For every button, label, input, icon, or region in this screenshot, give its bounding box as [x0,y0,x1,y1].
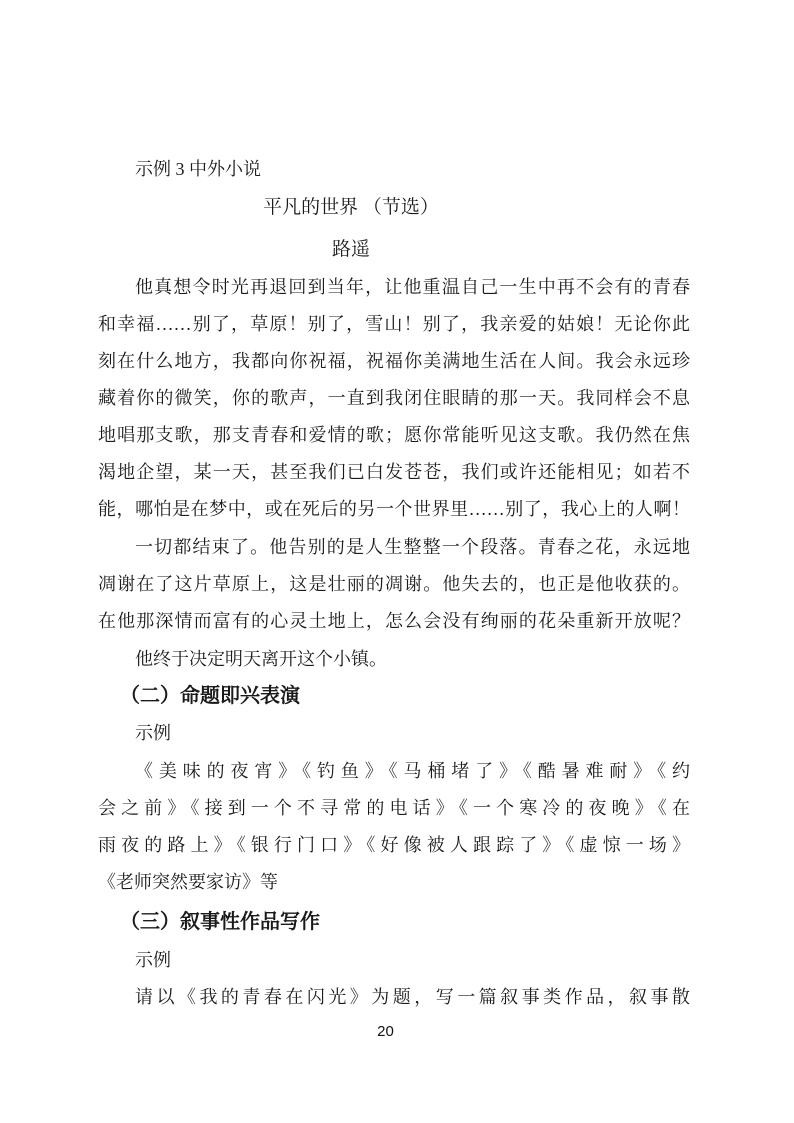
page-number: 20 [98,1022,673,1042]
example-label: 示例 3 中外小说 [98,151,690,188]
paragraph3-line: 他终于决定明天离开这个小镇。 [98,641,690,678]
document-body: 示例 3 中外小说 平凡的世界 （节选） 路遥 他真想令时光再退回到当年，让他重… [98,151,690,1016]
paragraph1-line: 刻在什么地方，我都向你祝福，祝福你美满地生活在人间。我会永远珍 [98,343,690,380]
section2-titles-line: 《老师突然要家访》等 [98,864,690,901]
paragraph1-line: 能，哪怕是在梦中，或在死后的另一个世界里……别了，我心上的人啊！ [98,491,690,528]
paragraph2-line: 一切都结束了。他告别的是人生整整一个段落。青春之花，永远地 [98,529,690,566]
paragraph1-line: 渴地企望，某一天，甚至我们已白发苍苍，我们或许还能相见；如若不 [98,454,690,491]
paragraph1-line: 藏着你的微笑，你的歌声，一直到我闭住眼睛的那一天。我同样会不息 [98,380,690,417]
paragraph1-line: 地唱那支歌，那支青春和爱情的歌；愿你常能听见这支歌。我仍然在焦 [98,417,690,454]
section2-example-label: 示例 [98,715,690,752]
section2-titles-line: 会之前》《接到一个不寻常的电话》《一个寒冷的夜晚》《在 [98,790,690,827]
section2-titles-line: 雨夜的路上》《银行门口》《好像被人跟踪了》《虚惊一场》 [98,827,690,864]
paragraph1-line: 和幸福……别了，草原！别了，雪山！别了，我亲爱的姑娘！无论你此 [98,306,690,343]
section2-heading: （二）命题即兴表演 [98,678,690,715]
paragraph2-line: 在他那深情而富有的心灵土地上，怎么会没有绚丽的花朵重新开放呢？ [98,603,690,640]
section3-example-label: 示例 [98,942,690,979]
section3-prompt-line: 请以《我的青春在闪光》为题，写一篇叙事类作品，叙事散 [98,979,690,1016]
author-name: 路遥 [98,231,690,268]
paragraph2-line: 凋谢在了这片草原上，这是壮丽的凋谢。他失去的，也正是他收获的。 [98,566,690,603]
document-page: 示例 3 中外小说 平凡的世界 （节选） 路遥 他真想令时光再退回到当年，让他重… [0,0,794,1123]
excerpt-title: 平凡的世界 （节选） [98,189,690,226]
paragraph1-line: 他真想令时光再退回到当年，让他重温自己一生中再不会有的青春 [98,269,690,306]
section2-titles-line: 《美味的夜宵》《钓鱼》《马桶堵了》《酷暑难耐》《约 [98,753,690,790]
section3-heading: （三）叙事性作品写作 [98,904,690,941]
